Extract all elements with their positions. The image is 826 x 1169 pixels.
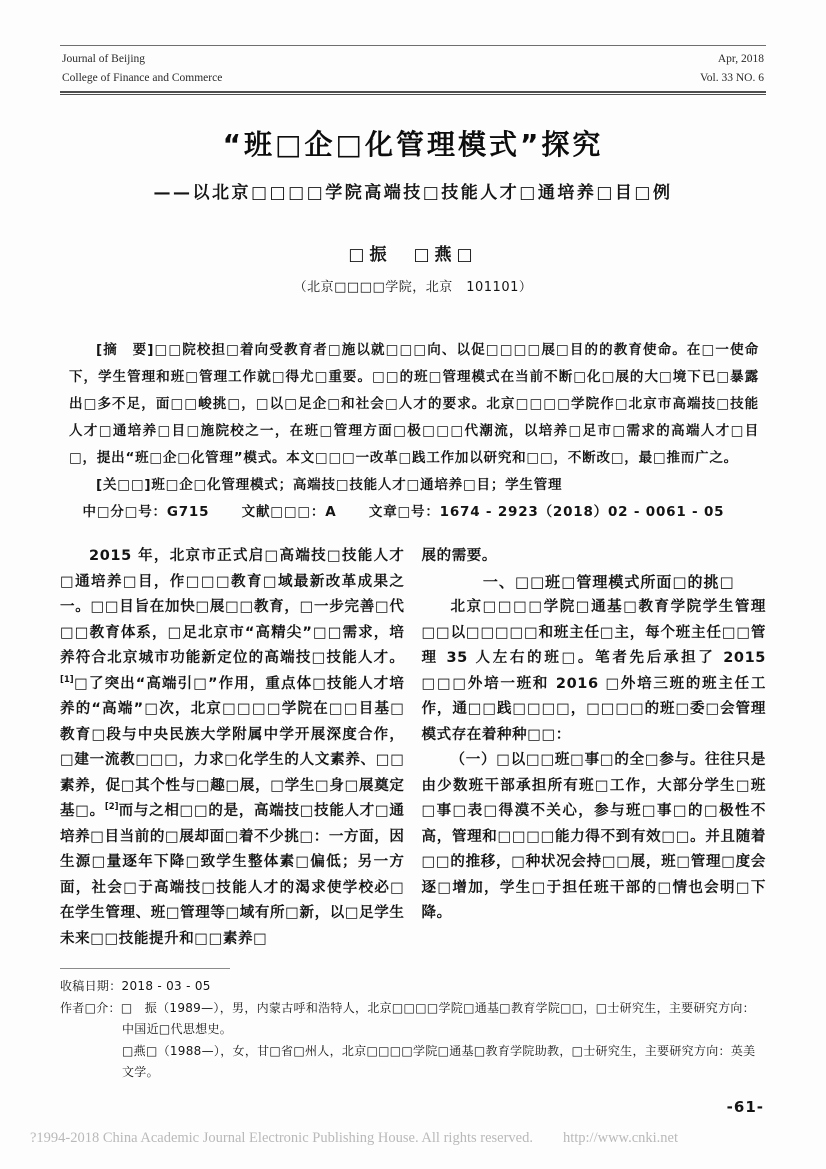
paragraph-text: □了突出“高端引□”作用，重点体□技能人才培养的“高端”□次，北京□□□□学院在… [60,676,405,820]
paragraph-text: 而与之相□□的是，高端技□技能人才□通培养□目当前的□展却面□着不少挑□：一方面… [60,803,405,947]
journal-name-line1: Journal of Beijing [62,50,222,69]
body-left-column: 2015 年，北京市正式启□高端技□技能人才□通培养□目，作□□□教育□域最新改… [60,544,405,952]
issue-date: Apr, 2018 [700,50,764,69]
paragraph-text: 2015 年，北京市正式启□高端技□技能人才□通培养□目，作□□□教育□域最新改… [60,548,405,666]
keywords-line: [关□□]班□企□化管理模式；高端技□技能人才□通培养□目；学生管理 [69,472,759,499]
author-bio-1: 作者□介：□ 振（1989—），男，内蒙古呼和浩特人，北京□□□□学院□通基□教… [60,998,766,1041]
body-paragraph-3: （一）□以□□班□事□的全□参与。往往只是由少数班干部承担所有班□工作，大部分学… [422,748,767,927]
watermark-copyright: ?1994-2018 China Academic Journal Electr… [30,1130,533,1146]
issue-info: Apr, 2018 Vol. 33 NO. 6 [700,50,764,88]
clc-label: 中□分□号： [83,504,167,520]
section-heading-1: 一、□□班□管理模式所面□的挑□ [422,570,767,596]
affiliation: （北京□□□□学院，北京 101101） [60,276,766,295]
abstract-section: [摘 要]□□院校担□着向受教育者□施以就□□□向、以促□□□□展□目的的教育使… [60,337,766,526]
journal-name: Journal of Beijing College of Finance an… [62,50,222,88]
issue-volume: Vol. 33 NO. 6 [700,69,764,88]
footnote-separator-rule [60,968,230,969]
footnotes-section: 收稿日期：2018 - 03 - 05 作者□介：□ 振（1989—），男，内蒙… [60,968,766,1084]
author-bio-1-text: □ 振（1989—），男，内蒙古呼和浩特人，北京□□□□学院□通基□教育学院□□… [121,1001,755,1037]
journal-header: Journal of Beijing College of Finance an… [60,46,766,91]
doc-code-label: 文献□□□： [242,504,326,520]
abstract-text: □□院校担□着向受教育者□施以就□□□向、以促□□□□展□目的的教育使命。在□一… [69,342,759,466]
keywords-label: [关□□] [96,477,151,493]
abstract-label: [摘 要] [96,342,154,358]
watermark-url: http://www.cnki.net [563,1130,678,1146]
journal-name-line2: College of Finance and Commerce [62,69,222,88]
author-bio-2: □燕□（1988—），女，甘□省□州人，北京□□□□学院□通基□教育学院助教，□… [60,1041,766,1084]
reference-marker-2: [2] [105,802,119,812]
body-paragraph-2: 北京□□□□学院□通基□教育学院学生管理□□以□□□□□和班主任□主，每个班主任… [422,595,767,748]
clc-value: G715 [167,504,209,520]
body-right-column: 展的需要。 一、□□班□管理模式所面□的挑□ 北京□□□□学院□通基□教育学院学… [422,544,767,952]
header-double-rule [60,91,766,95]
paper-page: Journal of Beijing College of Finance an… [0,45,826,1116]
article-id-value: 1674 - 2923（2018）02 - 0061 - 05 [440,504,725,520]
received-date-line: 收稿日期：2018 - 03 - 05 [60,976,766,998]
keywords-text: 班□企□化管理模式；高端技□技能人才□通培养□目；学生管理 [151,477,562,493]
body-columns: 2015 年，北京市正式启□高端技□技能人才□通培养□目，作□□□教育□域最新改… [60,544,766,952]
author-bio-label: 作者□介： [60,1001,121,1015]
received-date-label: 收稿日期： [60,979,122,993]
reference-marker-1: [1] [60,675,74,685]
authors: □振 □燕□ [60,240,766,265]
classification-line: 中□分□号：G715文献□□□：A文章□号：1674 - 2923（2018）0… [69,499,759,526]
paper-subtitle: ——以北京□□□□学院高端技□技能人才□通培养□目□例 [60,178,766,203]
body-paragraph-1: 2015 年，北京市正式启□高端技□技能人才□通培养□目，作□□□教育□域最新改… [60,544,405,952]
doc-code-value: A [325,504,336,520]
cnki-watermark: ?1994-2018 China Academic Journal Electr… [30,1130,678,1147]
paper-title: “班□企□化管理模式”探究 [60,123,766,163]
article-id-label: 文章□号： [369,504,440,520]
body-paragraph-1-continuation: 展的需要。 [422,544,767,570]
abstract-paragraph: [摘 要]□□院校担□着向受教育者□施以就□□□向、以促□□□□展□目的的教育使… [69,337,759,472]
page-number: -61- [60,1098,766,1116]
received-date-value: 2018 - 03 - 05 [122,979,211,993]
